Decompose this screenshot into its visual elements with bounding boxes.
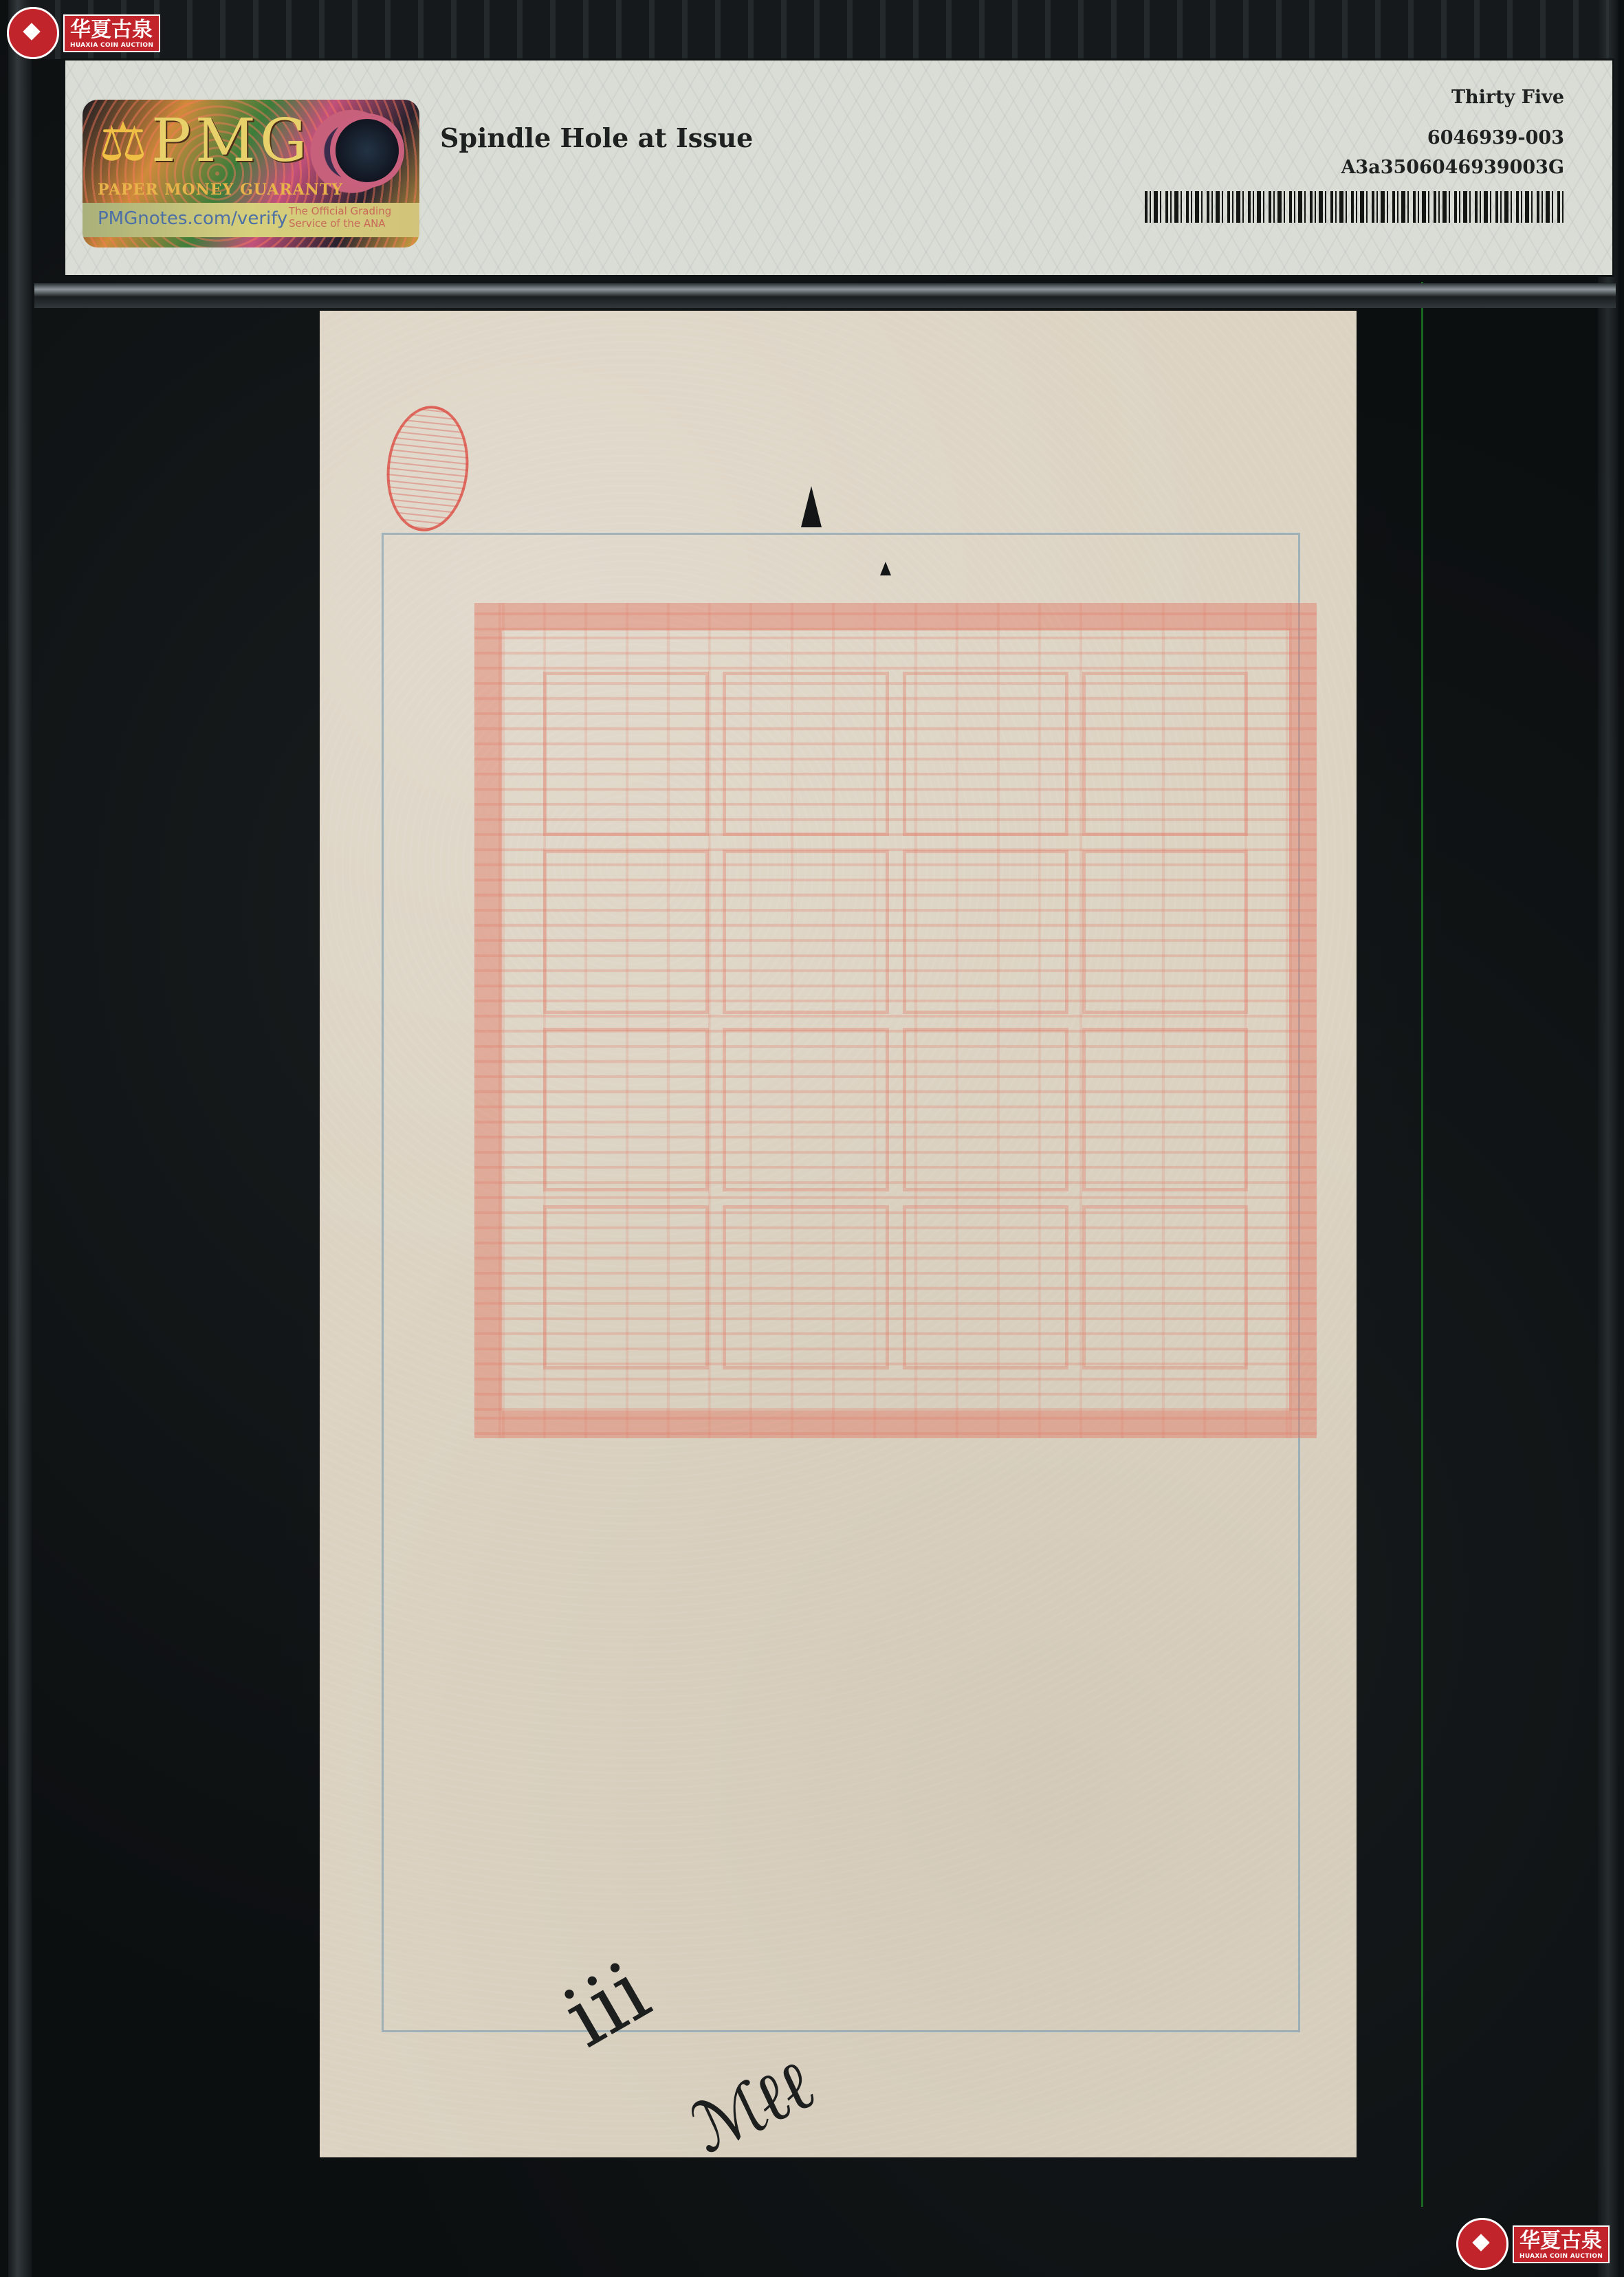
slab-edge-right [1598, 0, 1618, 2277]
watermark-cn-name: 华夏古泉 [70, 19, 153, 42]
pmg-hologram: ⚖ PMG PAPER MONEY GUARANTY PMGnotes.com/… [83, 100, 419, 247]
grade-text: Thirty Five [1341, 87, 1564, 108]
grading-label: ⚖ PMG PAPER MONEY GUARANTY PMGnotes.com/… [65, 60, 1612, 275]
scales-of-justice-icon: ⚖ [95, 112, 151, 173]
watermark-logo-top: 华夏古泉 HUAXIA COIN AUCTION [7, 7, 160, 59]
slab-seam-line [1421, 282, 1423, 2207]
slab-top-ridge [28, 0, 1609, 59]
handwritten-ink-marks: ⅲ ℳℓℓ [553, 1957, 945, 2184]
barcode-code: A3a3506046939003G [1341, 157, 1564, 178]
hologram-ana-text: The Official Grading Service of the ANA [289, 205, 413, 230]
seal-script-grid [543, 672, 1248, 1369]
hologram-tagline: PAPER MONEY GUARANTY [98, 181, 343, 199]
pmg-slab-holder: ⚖ PMG PAPER MONEY GUARANTY PMGnotes.com/… [0, 0, 1624, 2277]
watermark-en-name: HUAXIA COIN AUCTION [70, 42, 153, 49]
cert-number: 6046939-003 [1341, 127, 1564, 148]
red-oval-stamp [381, 401, 474, 535]
label-description: Spindle Hole at Issue [440, 122, 753, 153]
coin-dragon-logo-icon [1456, 2218, 1508, 2270]
red-square-seal [474, 603, 1317, 1438]
hologram-seal-icon [330, 113, 404, 188]
watermark-text: 华夏古泉 HUAXIA COIN AUCTION [63, 14, 160, 52]
slab-edge-left [8, 0, 32, 2277]
slab-rail [34, 283, 1616, 308]
barcode [1145, 191, 1564, 223]
hologram-brand: PMG [151, 107, 311, 175]
watermark-logo-bottom: 华夏古泉 HUAXIA COIN AUCTION [1456, 2218, 1610, 2270]
watermark-cn-name: 华夏古泉 [1519, 2230, 1603, 2253]
coin-dragon-logo-icon [7, 7, 59, 59]
label-grade-block: Thirty Five 6046939-003 A3a3506046939003… [1341, 87, 1564, 181]
hologram-verify-url: PMGnotes.com/verify [98, 208, 287, 229]
banknote-back: ⅲ ℳℓℓ [320, 311, 1357, 2157]
handwriting-stroke-2: ℳℓℓ [679, 2046, 821, 2169]
handwriting-stroke-1: ⅲ [549, 1944, 665, 2067]
watermark-en-name: HUAXIA COIN AUCTION [1519, 2253, 1603, 2260]
watermark-text: 华夏古泉 HUAXIA COIN AUCTION [1513, 2225, 1610, 2263]
spindle-hole [801, 486, 822, 527]
